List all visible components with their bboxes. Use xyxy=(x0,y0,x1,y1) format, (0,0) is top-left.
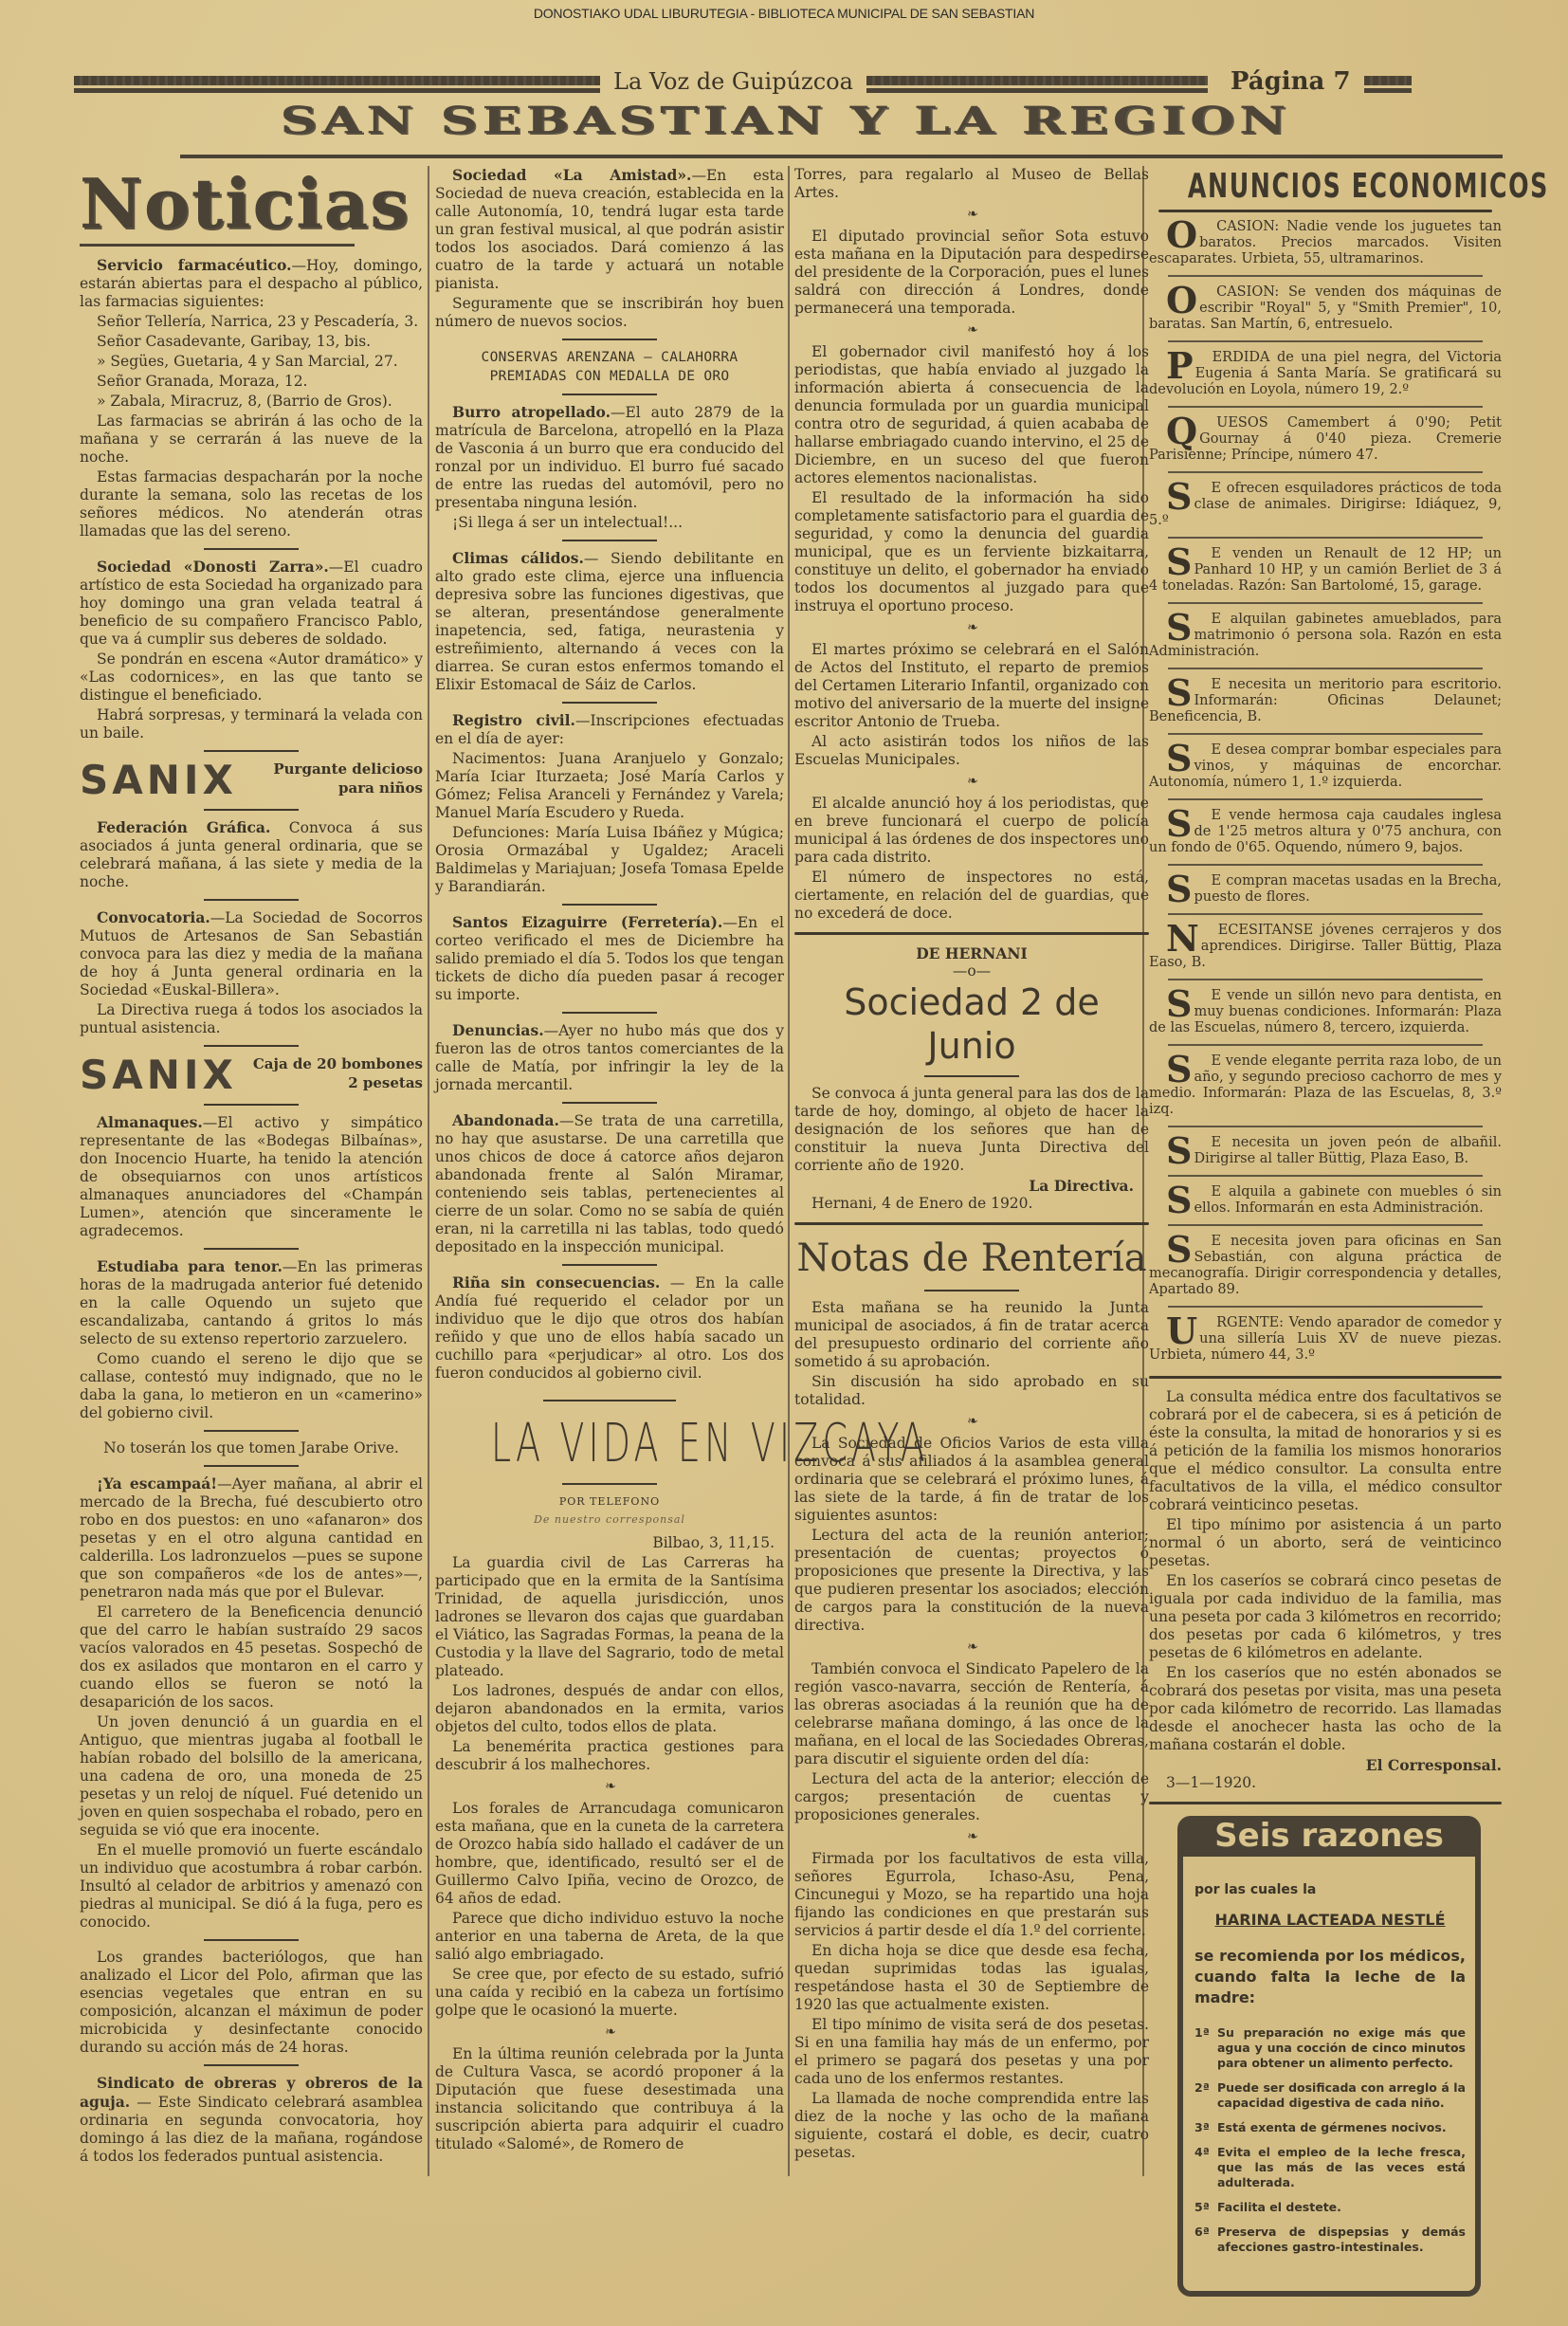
paragraph: Seguramente que se inscribirán hoy buen … xyxy=(435,295,784,331)
section-rule xyxy=(794,932,1149,935)
ad-separator xyxy=(1168,1224,1483,1226)
conservas-ad: CONSERVAS ARENZANA — CALAHORRA PREMIADAS… xyxy=(435,348,784,386)
paragraph: Lectura del acta de la anterior; elecció… xyxy=(794,1770,1149,1824)
separator xyxy=(204,1045,299,1047)
ad-separator xyxy=(1168,1126,1483,1127)
reason-number: 6ª xyxy=(1194,2225,1217,2240)
separator xyxy=(562,1483,657,1485)
article-denuncias: Denuncias.—Ayer no hubo más que dos y fu… xyxy=(435,1021,784,1094)
article-donosti-zarra: Sociedad «Donosti Zarra».—El cuadro artí… xyxy=(80,558,423,649)
paragraph: El tipo mínimo de visita será de dos pes… xyxy=(794,2016,1149,2088)
paragraph: Defunciones: María Luisa Ibáñez y Múgica… xyxy=(435,824,784,896)
paragraph: La benemérita practica gestiones para de… xyxy=(435,1738,784,1774)
nestle-reasons: 1ªSu preparación no exige más que agua y… xyxy=(1194,2025,1466,2255)
section-rule xyxy=(1149,1802,1502,1804)
article-santos: Santos Eizaguirre (Ferretería).—En el co… xyxy=(435,913,784,1004)
separator xyxy=(562,339,657,340)
separator xyxy=(924,1075,1019,1077)
column-anuncios: ANUNCIOS ECONOMICOS OCASION: Nadie vende… xyxy=(1149,166,1502,2297)
separator xyxy=(562,540,657,541)
reason-text: Su preparación no exige más que agua y u… xyxy=(1217,2025,1466,2070)
renteria-heading: Notas de Rentería xyxy=(794,1235,1149,1282)
newspaper-name: La Voz de Guipúzcoa xyxy=(613,68,853,95)
banner-rule xyxy=(180,155,1503,158)
section-title: SAN SEBASTIAN Y LA REGION xyxy=(72,99,1499,142)
classified-ad: URGENTE: Vendo aparador de comedor y una… xyxy=(1149,1312,1502,1366)
nestle-reason: 5ªFacilita el destete. xyxy=(1194,2200,1466,2215)
page-number: Página 7 xyxy=(1231,67,1351,96)
article-convocatoria: Convocatoria.—La Sociedad de Socorros Mu… xyxy=(80,908,423,999)
nestle-reason: 3ªEstá exenta de gérmenes nocivos. xyxy=(1194,2120,1466,2135)
paragraph: Sin discusión ha sido aprobado en su tot… xyxy=(794,1373,1149,1409)
paragraph: Parece que dicho individuo estuvo la noc… xyxy=(435,1910,784,1964)
paragraph: La consulta médica entre dos facultativo… xyxy=(1149,1388,1502,1514)
separator xyxy=(204,1104,299,1106)
reason-text: Facilita el destete. xyxy=(1217,2200,1341,2214)
sanix-ad: SANIX Caja de 20 bombones 2 pesetas xyxy=(80,1054,423,1096)
paragraph: Los forales de Arrancudaga comunicaron e… xyxy=(435,1800,784,1908)
classified-ad: SE necesita un joven peón de albañil. Di… xyxy=(1149,1132,1502,1170)
classified-ads: OCASION: Nadie vende los juguetes tan ba… xyxy=(1149,216,1502,1366)
separator xyxy=(204,1430,299,1432)
ad-separator xyxy=(1168,798,1483,800)
vizcaya-subheading: POR TELEFONO xyxy=(435,1493,784,1511)
nestle-recommendation: se recomienda por los médicos, cuando fa… xyxy=(1194,1946,1466,2008)
classified-ad: OCASION: Nadie vende los juguetes tan ba… xyxy=(1149,216,1502,270)
separator xyxy=(562,1264,657,1266)
nestle-brand: HARINA LACTEADA NESTLÉ xyxy=(1194,1911,1466,1929)
sanix-ad: SANIX Purgante delicioso para niños xyxy=(80,760,423,801)
pharmacy-item: Señor Tellería, Narrica, 23 y Pescadería… xyxy=(80,313,423,331)
classified-ad: SE necesita un meritorio para escritorio… xyxy=(1149,674,1502,728)
ad-separator xyxy=(1168,537,1483,539)
hernani-signature: La Directiva. xyxy=(794,1177,1134,1195)
ad-separator xyxy=(1168,1044,1483,1046)
classified-ad: SE alquilan gabinetes amueblados, para m… xyxy=(1149,609,1502,663)
reason-text: Está exenta de gérmenes nocivos. xyxy=(1217,2120,1447,2134)
separator xyxy=(562,394,657,395)
separator xyxy=(204,809,299,811)
fleuron-icon: ❧ xyxy=(794,1639,1149,1657)
article-farmacias: Servicio farmacéutico.—Hoy, domingo, est… xyxy=(80,256,423,311)
nestle-ad-intro: por las cuales la xyxy=(1194,1881,1466,1899)
paragraph: Estas farmacias despacharán por la noche… xyxy=(80,468,423,540)
paragraph: El diputado provincial señor Sota estuvo… xyxy=(794,228,1149,318)
paragraph: Se convoca á junta general para las dos … xyxy=(794,1085,1149,1175)
article-almanaques: Almanaques.—El activo y simpático repres… xyxy=(80,1113,423,1240)
heading-rule xyxy=(80,244,355,247)
ad-separator xyxy=(1168,668,1483,669)
nestle-ad-title: Seis razones xyxy=(1183,1822,1475,1857)
paragraph: Firmada por los facultativos de esta vil… xyxy=(794,1850,1149,1940)
decorative-rule xyxy=(74,76,600,88)
correspondent-signature: El Corresponsal. xyxy=(1149,1756,1502,1774)
separator xyxy=(204,1939,299,1941)
ad-separator xyxy=(1168,602,1483,604)
section-rule xyxy=(1149,1376,1502,1379)
sanix-brand: SANIX xyxy=(80,1054,237,1096)
fleuron-icon: ❧ xyxy=(435,1778,784,1796)
noticias-heading: Noticias xyxy=(80,166,423,242)
ad-separator xyxy=(1168,1306,1483,1308)
separator xyxy=(562,1012,657,1014)
sanix-brand: SANIX xyxy=(80,760,237,801)
paragraph: En el muelle promovió un fuerte escándal… xyxy=(80,1841,423,1932)
separator xyxy=(562,904,657,906)
column-divider xyxy=(428,166,429,2176)
decorative-rule xyxy=(866,76,1208,88)
reason-number: 3ª xyxy=(1194,2120,1217,2135)
hernani-dateline: Hernani, 4 de Enero de 1920. xyxy=(794,1195,1149,1213)
ad-separator xyxy=(1168,733,1483,735)
dispatch-date: 3—1—1920. xyxy=(1149,1774,1502,1792)
article-burro: Burro atropellado.—El auto 2879 de la ma… xyxy=(435,403,784,512)
separator xyxy=(204,750,299,752)
separator xyxy=(204,2064,299,2066)
paragraph: También convoca el Sindicato Papelero de… xyxy=(794,1660,1149,1768)
fleuron-icon: ❧ xyxy=(794,1828,1149,1846)
ad-separator xyxy=(1168,1175,1483,1177)
paragraph: Esta mañana se ha reunido la Junta munic… xyxy=(794,1299,1149,1371)
paragraph: En dicha hoja se dice que desde esa fech… xyxy=(794,1942,1149,2014)
classified-ad: PERDIDA de una piel negra, del Victoria … xyxy=(1149,347,1502,401)
reason-number: 2ª xyxy=(1194,2080,1217,2096)
fleuron-icon: ❧ xyxy=(794,1413,1149,1431)
paragraph: En la última reunión celebrada por la Ju… xyxy=(435,2045,784,2153)
classified-ad: SE vende hermosa caja caudales inglesa d… xyxy=(1149,805,1502,859)
article-rina: Riña sin consecuencias. — En la calle An… xyxy=(435,1273,784,1383)
paragraph: Habrá sorpresas, y terminará la velada c… xyxy=(80,706,423,742)
classified-ad: SE necesita joven para oficinas en San S… xyxy=(1149,1231,1502,1301)
pharmacy-item: Señor Granada, Moraza, 12. xyxy=(80,373,423,391)
paragraph: Se cree que, por efecto de su estado, su… xyxy=(435,1966,784,2020)
paragraph: Al acto asistirán todos los niños de las… xyxy=(794,733,1149,769)
fleuron-icon: ❧ xyxy=(435,2024,784,2042)
fleuron-icon: ❧ xyxy=(794,206,1149,224)
reason-text: Evita el empleo de la leche fresca, que … xyxy=(1217,2145,1466,2189)
reason-number: 1ª xyxy=(1194,2025,1217,2041)
sanix-tagline: Purgante delicioso para niños xyxy=(237,760,423,797)
article-sindicato: Sindicato de obreras y obreros de la agu… xyxy=(80,2074,423,2166)
nestle-reason: 6ªPreserva de dispepsias y demás afeccio… xyxy=(1194,2225,1466,2255)
pharmacy-item: Señor Casadevante, Garibay, 13, bis. xyxy=(80,333,423,351)
column-noticias: Noticias Servicio farmacéutico.—Hoy, dom… xyxy=(80,166,423,2168)
classified-ad: SE vende un sillón nevo para dentista, e… xyxy=(1149,985,1502,1039)
paragraph: Nacimentos: Juana Aranjuelo y Gonzalo; M… xyxy=(435,750,784,822)
paragraph: El gobernador civil manifestó hoy á los … xyxy=(794,343,1149,487)
fleuron-icon: ❧ xyxy=(794,773,1149,791)
paragraph: El carretero de la Beneficencia denunció… xyxy=(80,1603,423,1712)
paragraph: La Sociedad de Oficios Varios de esta vi… xyxy=(794,1435,1149,1525)
separator xyxy=(924,1290,1019,1291)
anuncios-heading: ANUNCIOS ECONOMICOS xyxy=(1188,166,1463,208)
paragraph: El resultado de la información ha sido c… xyxy=(794,489,1149,615)
article-amistad: Sociedad «La Amistad».—En esta Sociedad … xyxy=(435,166,784,293)
vizcaya-heading: LA VIDA EN VIZCAYA xyxy=(491,1413,728,1475)
hernani-heading: Sociedad 2 de Junio xyxy=(794,980,1149,1068)
reason-number: 4ª xyxy=(1194,2145,1217,2160)
archive-header: DONOSTIAKO UDAL LIBURUTEGIA - BIBLIOTECA… xyxy=(0,6,1568,21)
paragraph: En los caseríos que no estén abonados se… xyxy=(1149,1664,1502,1754)
fleuron-icon: ❧ xyxy=(794,321,1149,339)
nestle-reason: 2ªPuede ser dosificada con arreglo á la … xyxy=(1194,2080,1466,2111)
ad-separator xyxy=(1168,913,1483,915)
classified-ad: OCASION: Se venden dos máquinas de escri… xyxy=(1149,282,1502,336)
separator xyxy=(204,1465,299,1467)
classified-ad: SE vende elegante perrita raza lobo, de … xyxy=(1149,1051,1502,1121)
ad-separator xyxy=(1168,864,1483,866)
separator xyxy=(562,702,657,704)
classified-ad: SE alquila a gabinete con muebles ó sin … xyxy=(1149,1181,1502,1219)
column-2: Sociedad «La Amistad».—En esta Sociedad … xyxy=(435,166,784,2155)
heading-rule xyxy=(1158,210,1492,212)
nestle-reason: 4ªEvita el empleo de la leche fresca, qu… xyxy=(1194,2145,1466,2190)
separator xyxy=(204,899,299,901)
separator xyxy=(204,548,299,550)
jarabe-ad: No toserán los que tomen Jarabe Orive. xyxy=(80,1439,423,1457)
decorative-rule xyxy=(1364,76,1412,88)
section-rule xyxy=(794,1222,1149,1225)
paragraph: El tipo mínimo por asistencia á un parto… xyxy=(1149,1516,1502,1570)
column-3: Torres, para regalarlo al Museo de Bella… xyxy=(794,166,1149,2164)
paragraph: Lectura del acta de la reunión anterior;… xyxy=(794,1527,1149,1635)
paragraph: Las farmacias se abrirán á las ocho de l… xyxy=(80,412,423,467)
classified-ad: SE compran macetas usadas en la Brecha, … xyxy=(1149,870,1502,908)
paragraph: Como cuando el sereno le dijo que se cal… xyxy=(80,1350,423,1422)
paragraph: Un joven denunció á un guardia en el Ant… xyxy=(80,1713,423,1840)
classified-ad: SE desea comprar bombar especiales para … xyxy=(1149,740,1502,794)
pharmacy-item: » Zabala, Miracruz, 8, (Barrio de Gros). xyxy=(80,393,423,411)
classified-ad: SE ofrecen esquiladores prácticos de tod… xyxy=(1149,478,1502,532)
vizcaya-byline: De nuestro corresponsal xyxy=(435,1511,784,1529)
classified-ad: NECESITANSE jóvenes cerrajeros y dos apr… xyxy=(1149,920,1502,974)
separator xyxy=(543,1400,676,1401)
reason-number: 5ª xyxy=(1194,2200,1217,2215)
paragraph: El número de inspectores no está, cierta… xyxy=(794,869,1149,923)
running-header: La Voz de Guipúzcoa Página 7 xyxy=(74,66,1501,97)
vizcaya-dateline: Bilbao, 3, 11,15. xyxy=(435,1534,775,1552)
nestle-reason: 1ªSu preparación no exige más que agua y… xyxy=(1194,2025,1466,2071)
classified-ad: QUESOS Camembert á 0'90; Petit Gournay á… xyxy=(1149,412,1502,467)
paragraph: ¡Si llega á ser un intelectual!... xyxy=(435,514,784,532)
licor-ad: Los grandes bacteriólogos, que han anali… xyxy=(80,1949,423,2057)
paragraph: La Directiva ruega á todos los asociados… xyxy=(80,1001,423,1037)
ad-separator xyxy=(1168,471,1483,473)
article-registro: Registro civil.—Inscripciones efectuadas… xyxy=(435,711,784,748)
ad-separator xyxy=(1168,979,1483,980)
sanix-tagline: Caja de 20 bombones 2 pesetas xyxy=(237,1054,423,1092)
reason-text: Preserva de dispepsias y demás afeccione… xyxy=(1217,2225,1466,2254)
paragraph: Se pondrán en escena «Autor dramático» y… xyxy=(80,650,423,705)
article-federacion: Federación Gráfica. Convoca á sus asocia… xyxy=(80,818,423,891)
article-tenor: Estudiaba para tenor.—En las primeras ho… xyxy=(80,1257,423,1348)
hernani-divider: —o— xyxy=(794,962,1149,980)
paragraph: La llamada de noche comprendida entre la… xyxy=(794,2090,1149,2162)
paragraph: Torres, para regalarlo al Museo de Bella… xyxy=(794,166,1149,202)
separator xyxy=(204,1248,299,1250)
pharmacy-item: » Segües, Guetaria, 4 y San Marcial, 27. xyxy=(80,353,423,371)
separator xyxy=(562,1102,657,1104)
fleuron-icon: ❧ xyxy=(794,619,1149,637)
nestle-ad: Seis razones por las cuales la HARINA LA… xyxy=(1177,1816,1481,2297)
reason-text: Puede ser dosificada con arreglo á la ca… xyxy=(1217,2080,1466,2110)
ad-separator xyxy=(1168,340,1483,342)
article-escampa: ¡Ya escampaá!—Ayer mañana, al abrir el m… xyxy=(80,1474,423,1602)
pharmacy-list: Señor Tellería, Narrica, 23 y Pescadería… xyxy=(80,313,423,411)
article-abandonada: Abandonada.—Se trata de una carretilla, … xyxy=(435,1111,784,1256)
hernani-kicker: DE HERNANI xyxy=(794,944,1149,962)
ad-separator xyxy=(1168,406,1483,408)
paragraph: El martes próximo se celebrará en el Sal… xyxy=(794,641,1149,731)
ad-separator xyxy=(1168,275,1483,277)
paragraph: El alcalde anunció hoy á los periodistas… xyxy=(794,795,1149,867)
classified-ad: SE venden un Renault de 12 HP; un Panhar… xyxy=(1149,543,1502,597)
article-climas: Climas cálidos.— Siendo debilitante en a… xyxy=(435,549,784,694)
column-divider xyxy=(788,166,790,2176)
paragraph: En los caseríos se cobrará cinco pesetas… xyxy=(1149,1572,1502,1662)
paragraph: Los ladrones, después de andar con ellos… xyxy=(435,1682,784,1736)
paragraph: La guardia civil de Las Carreras ha part… xyxy=(435,1554,784,1680)
